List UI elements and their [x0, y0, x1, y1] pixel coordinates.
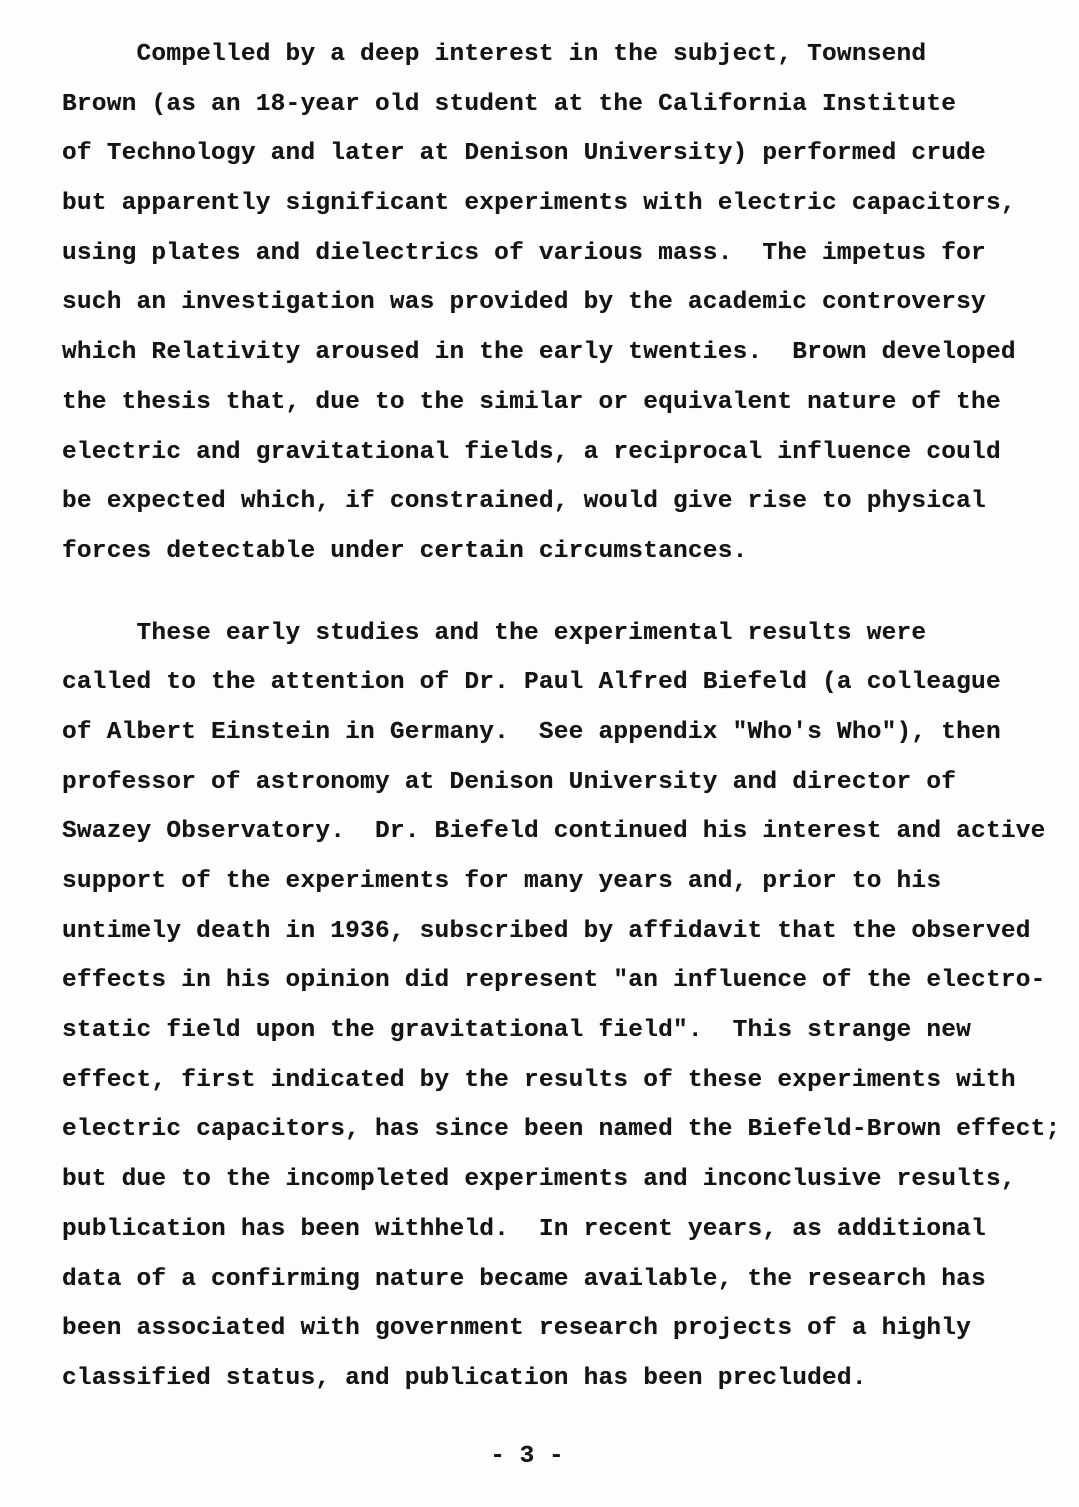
text-line: forces detectable under certain circumst…	[62, 527, 1029, 577]
text-line: called to the attention of Dr. Paul Alfr…	[62, 658, 1029, 708]
text-line: untimely death in 1936, subscribed by af…	[62, 907, 1029, 957]
text-line: be expected which, if constrained, would…	[62, 477, 1029, 527]
text-line: Swazey Observatory. Dr. Biefeld continue…	[62, 807, 1029, 857]
text-line: using plates and dielectrics of various …	[62, 229, 1029, 279]
text-line: electric and gravitational fields, a rec…	[62, 428, 1029, 478]
text-line: These early studies and the experimental…	[62, 609, 1029, 659]
document-page: Compelled by a deep interest in the subj…	[0, 0, 1079, 1507]
text-line: effects in his opinion did represent "an…	[62, 956, 1029, 1006]
text-line: but apparently significant experiments w…	[62, 179, 1029, 229]
text-line: but due to the incompleted experiments a…	[62, 1155, 1029, 1205]
text-line: which Relativity aroused in the early tw…	[62, 328, 1029, 378]
text-line: of Technology and later at Denison Unive…	[62, 129, 1029, 179]
text-line: electric capacitors, has since been name…	[62, 1105, 1029, 1155]
text-line: such an investigation was provided by th…	[62, 278, 1029, 328]
text-line: static field upon the gravitational fiel…	[62, 1006, 1029, 1056]
text-line: Compelled by a deep interest in the subj…	[62, 30, 1029, 80]
paragraph-1: Compelled by a deep interest in the subj…	[62, 30, 1029, 577]
text-line: of Albert Einstein in Germany. See appen…	[62, 708, 1029, 758]
text-line: been associated with government research…	[62, 1304, 1029, 1354]
text-line: support of the experiments for many year…	[62, 857, 1029, 907]
document-body: Compelled by a deep interest in the subj…	[62, 30, 1029, 1404]
text-line: Brown (as an 18-year old student at the …	[62, 80, 1029, 130]
paragraph-2: These early studies and the experimental…	[62, 609, 1029, 1404]
text-line: data of a confirming nature became avail…	[62, 1255, 1029, 1305]
text-line: publication has been withheld. In recent…	[62, 1205, 1029, 1255]
text-line: effect, first indicated by the results o…	[62, 1056, 1029, 1106]
text-line: the thesis that, due to the similar or e…	[62, 378, 1029, 428]
text-line: classified status, and publication has b…	[62, 1354, 1029, 1404]
page-number: - 3 -	[62, 1432, 992, 1482]
text-line: professor of astronomy at Denison Univer…	[62, 758, 1029, 808]
